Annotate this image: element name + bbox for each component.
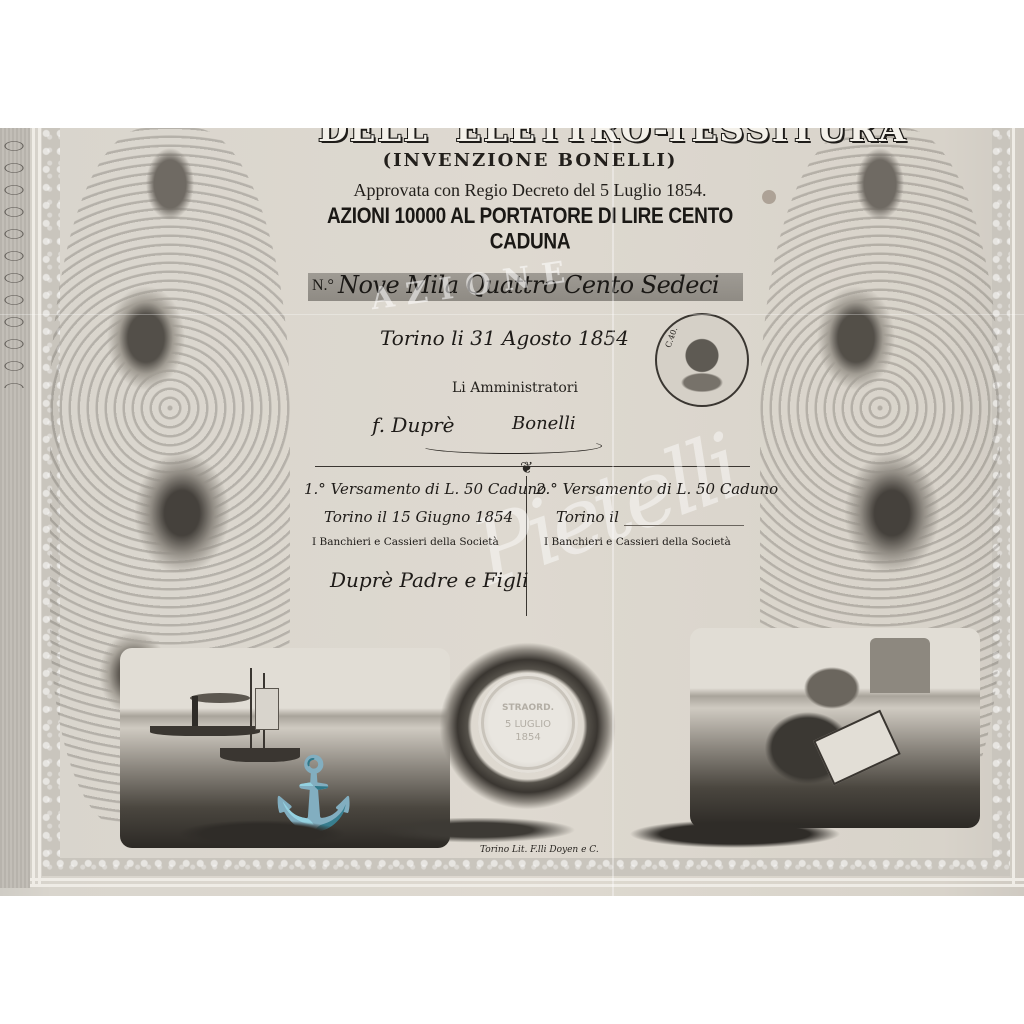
steam-smoke (190, 693, 250, 703)
border-rule (30, 878, 1024, 881)
seal-text-2: 5 LUGLIO (478, 719, 578, 730)
border-rule (1012, 128, 1015, 886)
company-title: DELL' ELETTRO-TESSITURA (318, 128, 738, 146)
border-rule (32, 128, 35, 886)
signature-bankers: Duprè Padre e Figli (330, 568, 529, 592)
bankers-label: I Banchieri e Cassieri della Società (304, 536, 546, 548)
bottom-border-band (42, 858, 1010, 876)
tax-stamp-seal: C.40. (655, 313, 749, 407)
paper-stain (762, 190, 776, 204)
divider-flourish-icon: ❦ (520, 458, 533, 477)
installment-heading: 1.° Versamento di L. 50 Caduno (304, 480, 546, 498)
azione-watermark: AZIONE (369, 254, 579, 318)
stub-handwriting (2, 138, 26, 388)
steamship-hull (150, 726, 260, 736)
boy-with-tablet-vignette (690, 628, 980, 828)
number-prefix: N.° (312, 277, 334, 295)
border-rule (30, 884, 1024, 887)
invention-subtitle: (INVENZIONE BONELLI) (300, 150, 760, 171)
paper-fold (0, 314, 1024, 315)
signature-flourish (420, 438, 602, 454)
tax-stamp-value: C.40. (664, 326, 680, 349)
administrators-label: Li Amministratori (452, 380, 578, 396)
seal-text-3: 1854 (478, 732, 578, 743)
left-stub (0, 128, 30, 888)
installment-1: 1.° Versamento di L. 50 Caduno Torino il… (304, 480, 546, 548)
installment-date-field: Torino il (536, 508, 778, 526)
ship-sail (255, 688, 279, 730)
ship-mast (250, 668, 252, 758)
bankers-label: I Banchieri e Cassieri della Società (536, 536, 778, 548)
embossed-seal: STRAORD. 5 LUGLIO 1854 (478, 673, 578, 773)
paper-fold (612, 128, 614, 896)
printer-imprint: Torino Lit. F.lli Doyen e C. (480, 845, 599, 855)
shares-line: AZIONI 10000 AL PORTATORE DI LIRE CENTO … (296, 205, 764, 256)
seal-text-1: STRAORD. (478, 703, 578, 713)
installment-heading: 2.° Versamento di L. 50 Caduno (536, 480, 778, 498)
certificate-paper: ⚓ DELL' ELETTRO-TESSITURA (INVENZIONE BO… (0, 128, 1024, 896)
royal-decree-line: Approvata con Regio Decreto del 5 Luglio… (300, 180, 760, 201)
signature-admin-1: f. Duprè (372, 413, 455, 437)
signature-admin-2: Bonelli (512, 413, 576, 434)
installment-2: 2.° Versamento di L. 50 Caduno Torino il… (536, 480, 778, 548)
installment-date: Torino il (556, 508, 619, 526)
border-rule (38, 128, 41, 886)
blank-date-line (624, 525, 744, 526)
steamship-funnel (192, 696, 198, 726)
installment-date: Torino il 15 Giugno 1854 (304, 508, 546, 526)
issue-date: Torino li 31 Agosto 1854 (380, 326, 629, 350)
